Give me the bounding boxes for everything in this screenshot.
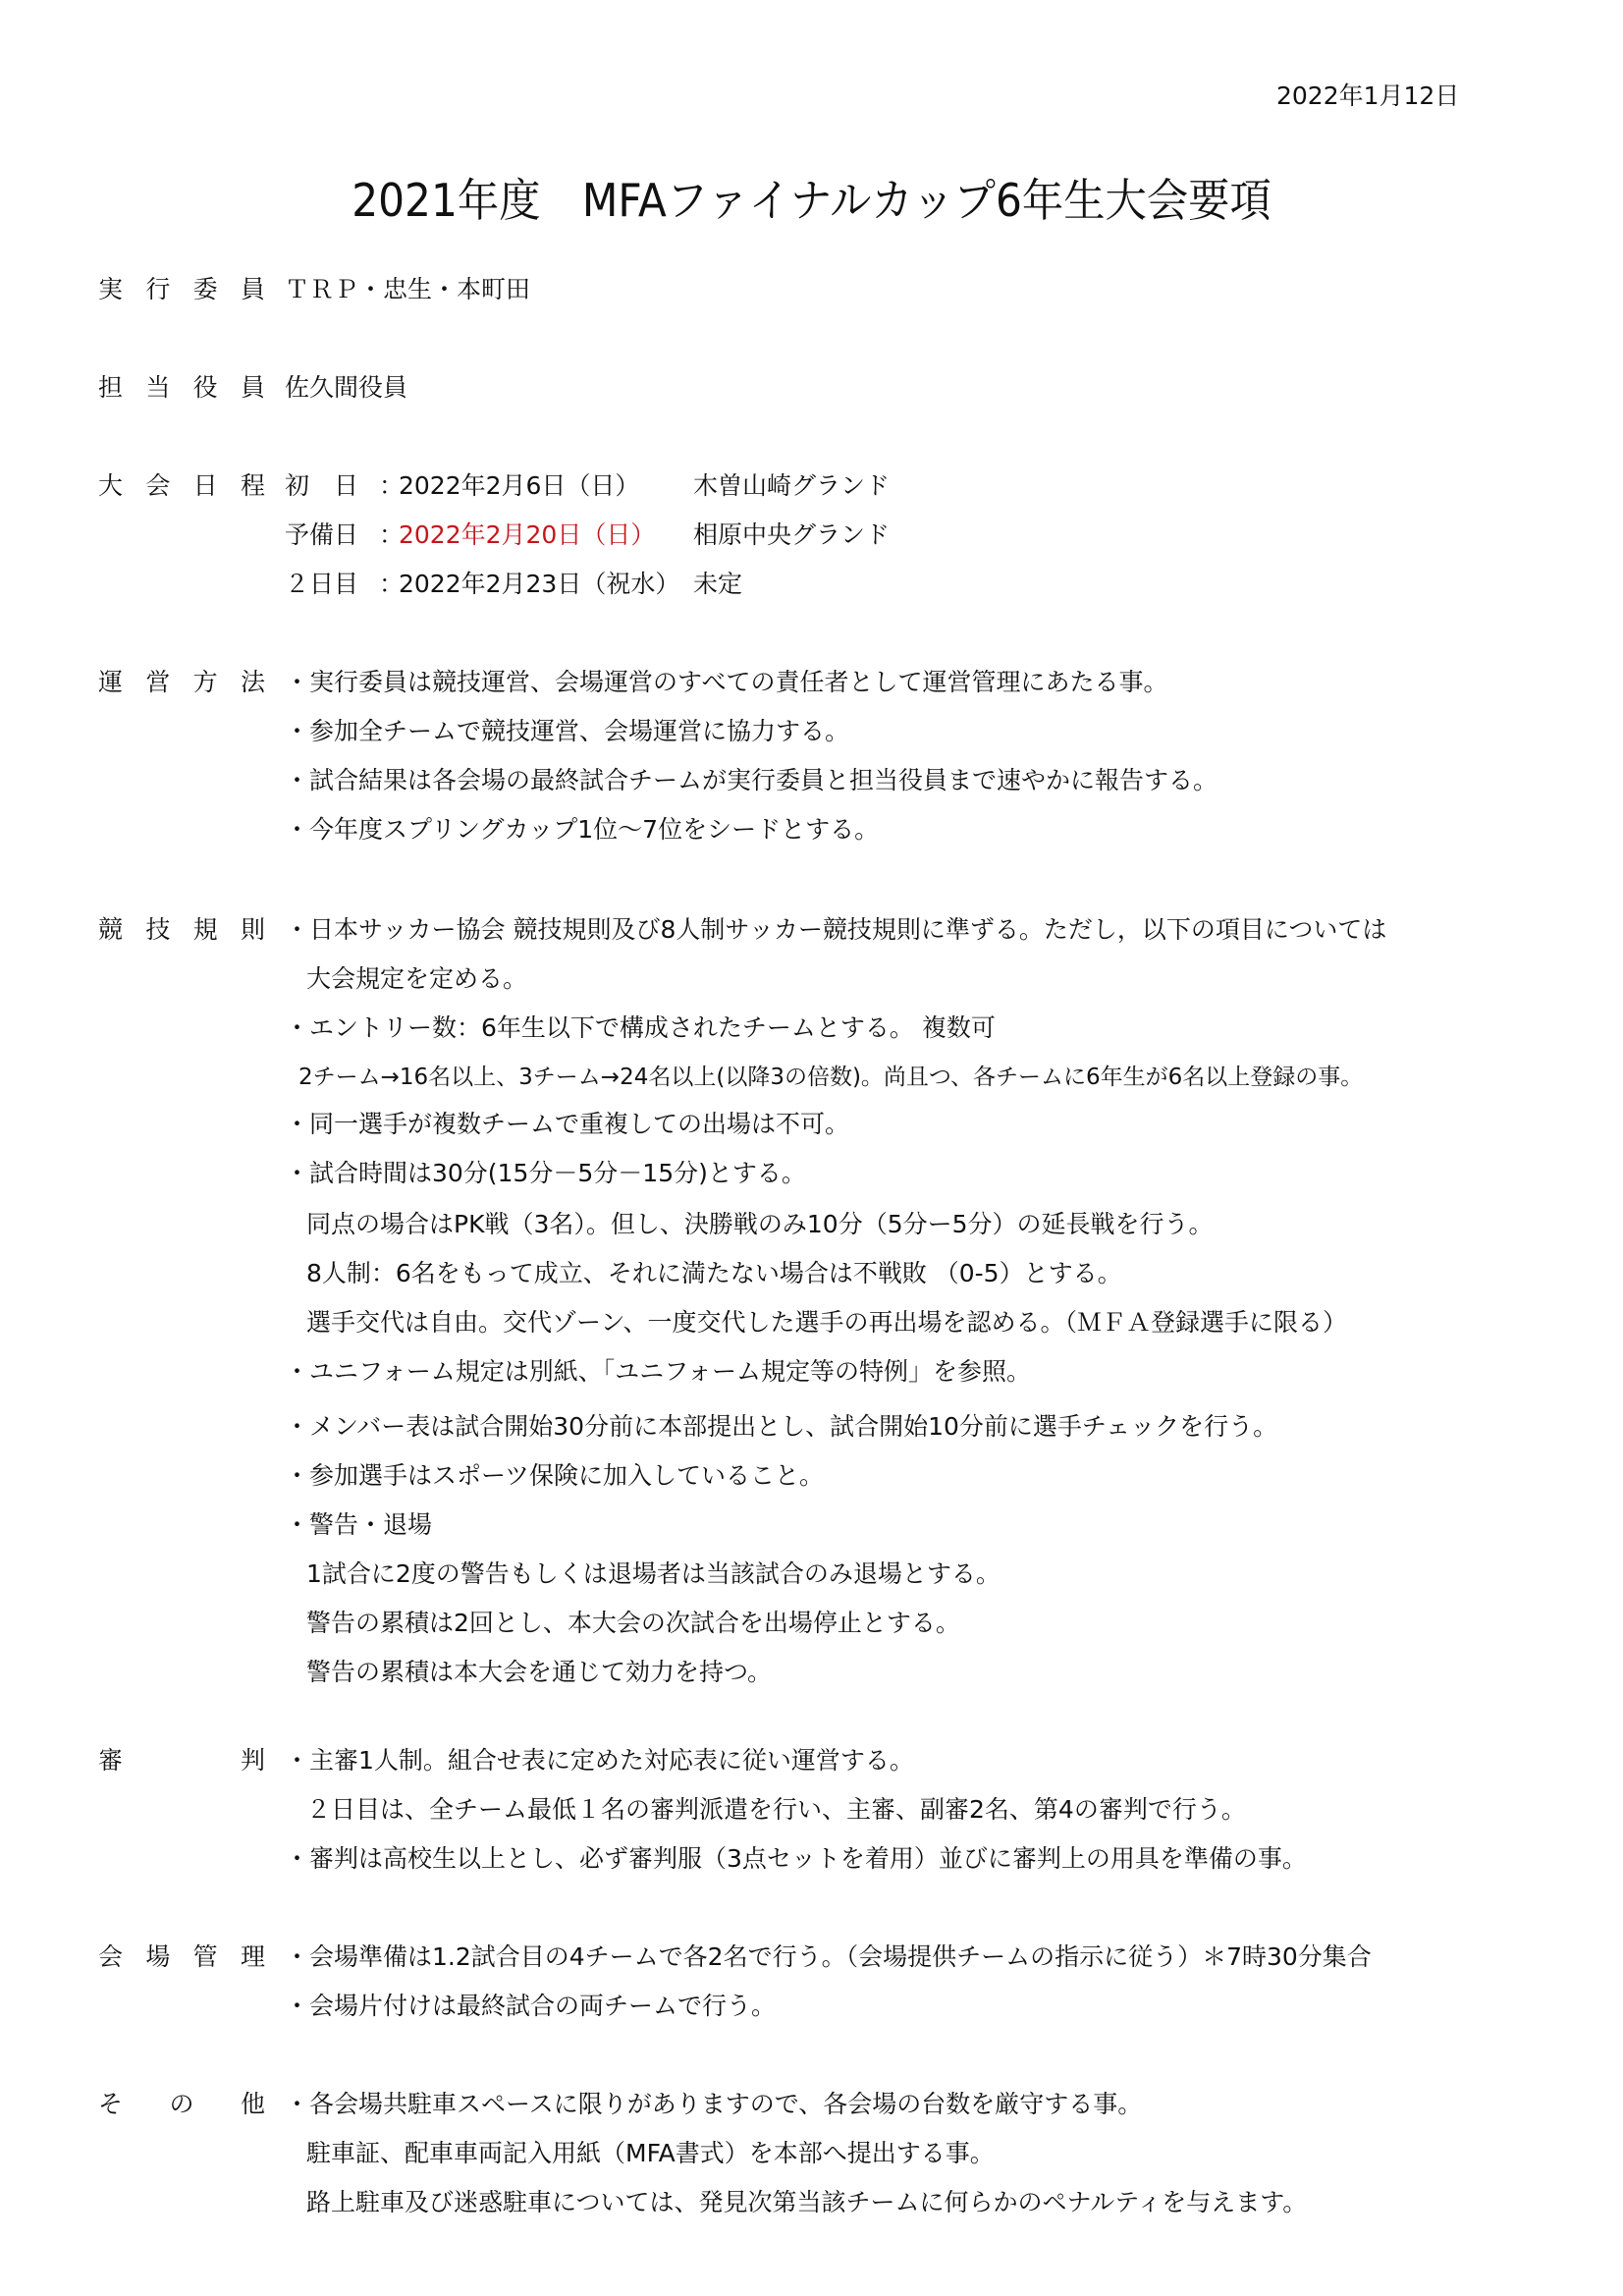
rules-line: ・メンバー表は試合開始30分前に本部提出とし、試合開始10分前に選手チェックを行… — [285, 1402, 1386, 1451]
rules-line: 1試合に2度の警告もしくは退場者は当該試合のみ退場とする。 — [285, 1550, 1386, 1599]
other-line: ・各会場共駐車スペースに限りがありますので、各会場の台数を厳守する事。 — [285, 2080, 1307, 2129]
officer-value: 佐久間役員 — [285, 363, 407, 412]
referee-line: ・審判は高校生以上とし、必ず審判服（3点セットを着用）並びに審判上の用具を準備の… — [285, 1834, 1307, 1884]
document-title: 2021年度 MFAファイナルカップ6年生大会要項 — [65, 165, 1558, 230]
rules-line: 警告の累積は2回とし、本大会の次試合を出場停止とする。 — [285, 1599, 1386, 1648]
rules-line: 警告の累積は本大会を通じて効力を持つ。 — [285, 1648, 1386, 1697]
other-line: 路上駐車及び迷惑駐車については、発見次第当該チームに何らかのペナルティを与えます… — [285, 2178, 1307, 2227]
operation-line: ・試合結果は各会場の最終試合チームが実行委員と担当役員まで速やかに報告する。 — [285, 756, 1217, 805]
section-label: 運 営 方 法 — [98, 658, 265, 707]
rules-line: ・警告・退場 — [285, 1501, 1386, 1550]
section-label: 担 当 役 員 — [98, 363, 265, 412]
section-label: 会 場 管 理 — [98, 1933, 265, 1982]
rules-line: ・エントリー数：6年生以下で構成されたチームとする。 複数可 — [285, 1004, 1386, 1053]
rules-line: 同点の場合はPK戦（3名）。但し、決勝戦のみ10分（5分ー5分）の延長戦を行う。 — [285, 1200, 1386, 1249]
operation-line: ・実行委員は競技運営、会場運営のすべての責任者として運営管理にあたる事。 — [285, 658, 1217, 707]
rules-line: 2チーム→16名以上、3チーム→24名以上(以降3の倍数)。尚且つ、各チームに6… — [285, 1053, 1386, 1102]
section-label: 審 判 — [98, 1736, 265, 1785]
other-line: 駐車証、配車車両記入用紙（MFA書式）を本部へ提出する事。 — [285, 2129, 1307, 2178]
rules-line: ・参加選手はスポーツ保険に加入していること。 — [285, 1451, 1386, 1501]
venue-line: ・会場準備は1.2試合目の4チームで各2名で行う。（会場提供チームの指示に従う）… — [285, 1933, 1372, 1982]
reserve-date-highlight: 2022年2月20日（日） — [399, 511, 693, 560]
document-date: 2022年1月12日 — [1276, 77, 1459, 112]
operation-line: ・今年度スプリングカップ1位～7位をシードとする。 — [285, 805, 1217, 854]
rules-line: ・日本サッカー協会 競技規則及び8人制サッカー競技規則に準ずる。ただし，以下の項… — [285, 905, 1386, 955]
rules-line: 選手交代は自由。交代ゾーン、一度交代した選手の再出場を認める。（ＭＦＡ登録選手に… — [285, 1298, 1386, 1347]
referee-line: ２日目は、全チーム最低１名の審判派遣を行い、主審、副審2名、第4の審判で行う。 — [285, 1785, 1307, 1834]
schedule-item: 初 日：2022年2月6日（日）木曽山崎グランド — [285, 462, 890, 511]
rules-line: ・ユニフォーム規定は別紙、「ユニフォーム規定等の特例」を参照。 — [285, 1347, 1386, 1396]
section-label: 競 技 規 則 — [98, 905, 265, 955]
section-label: 大 会 日 程 — [98, 462, 265, 511]
rules-line: ・試合時間は30分(15分－5分－15分)とする。 — [285, 1151, 1386, 1200]
schedule-item: ２日目：2022年2月23日（祝水）未定 — [285, 560, 890, 609]
referee-line: ・主審1人制。組合せ表に定めた対応表に従い運営する。 — [285, 1736, 1307, 1785]
rules-line: 大会規定を定める。 — [285, 955, 1386, 1004]
section-label: そ の 他 — [98, 2080, 265, 2129]
section-label: 実 行 委 員 — [98, 265, 265, 314]
committee-value: ＴＲＰ・忠生・本町田 — [285, 265, 530, 314]
rules-line: ・同一選手が複数チームで重複しての出場は不可。 — [285, 1102, 1386, 1151]
schedule-item: 予備日：2022年2月20日（日）相原中央グランド — [285, 511, 890, 560]
rules-line: 8人制：6名をもって成立、それに満たない場合は不戦敗 （0-5）とする。 — [285, 1249, 1386, 1298]
operation-line: ・参加全チームで競技運営、会場運営に協力する。 — [285, 707, 1217, 756]
venue-line: ・会場片付けは最終試合の両チームで行う。 — [285, 1982, 1372, 2031]
